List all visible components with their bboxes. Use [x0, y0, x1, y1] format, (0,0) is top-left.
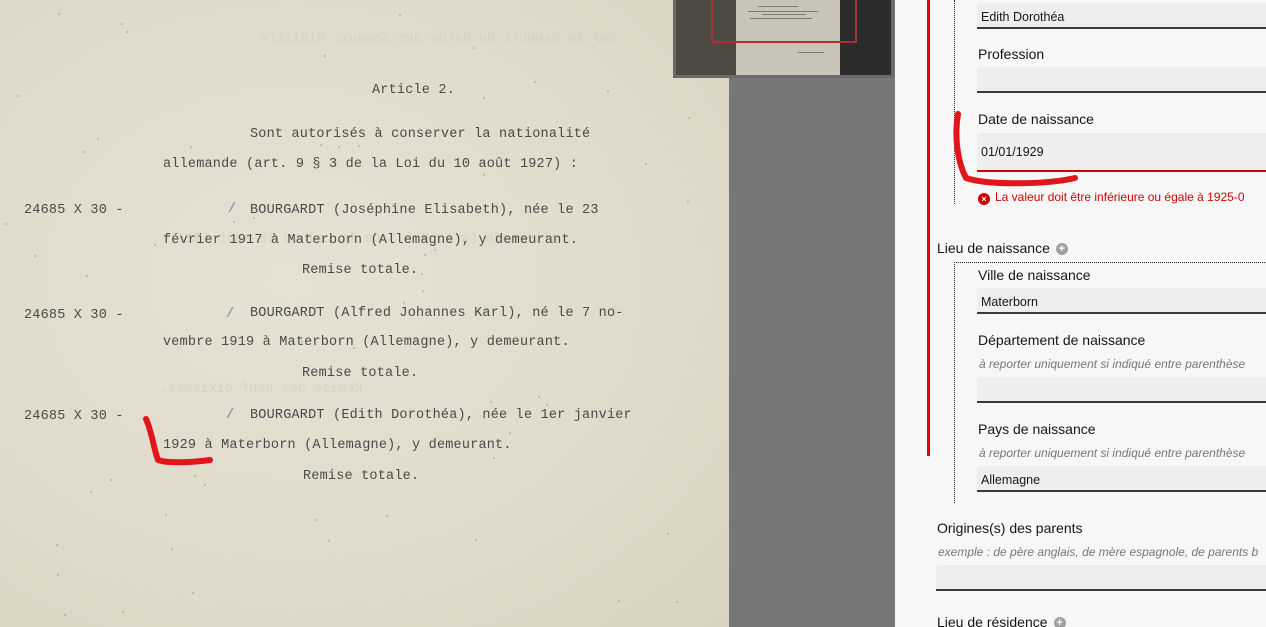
active-section-indicator	[927, 0, 930, 456]
error-x-icon: ×	[978, 193, 990, 205]
pays-naissance-label: Pays de naissance	[978, 421, 1096, 437]
origines-parents-input[interactable]	[936, 565, 1266, 591]
paper-speck	[86, 275, 88, 277]
pays-naissance-input[interactable]	[977, 466, 1266, 492]
paper-speck	[393, 204, 395, 206]
paper-speck	[421, 273, 423, 275]
entry-line-2: vembre 1919 à Materborn (Allemagne), y d…	[163, 335, 570, 350]
paper-speck	[58, 13, 60, 15]
paper-speck	[5, 223, 7, 225]
show-through-text: Remise des neuf dixièmes.	[160, 382, 363, 397]
paper-speck	[192, 592, 194, 594]
lieu-naissance-label: Lieu de naissance+	[937, 240, 1068, 256]
profession-label: Profession	[978, 46, 1044, 62]
paper-speck	[509, 432, 511, 434]
paper-speck	[667, 533, 669, 535]
paper-speck	[190, 146, 192, 148]
paper-speck	[57, 574, 59, 576]
paper-speck	[358, 145, 360, 147]
entry-ref: 24685 X 30 -	[24, 409, 124, 424]
red-annotation-mark	[140, 412, 220, 472]
paper-speck	[171, 548, 173, 550]
paper-speck	[676, 601, 678, 603]
pencil-check-mark: /	[228, 202, 236, 217]
lieu-residence-label-text: Lieu de résidence	[937, 614, 1048, 627]
paper-speck	[618, 600, 620, 602]
entry-remark: Remise totale.	[302, 263, 418, 278]
paper-speck	[538, 396, 540, 398]
paper-speck	[493, 457, 495, 459]
plus-circle-icon[interactable]: +	[1056, 243, 1068, 255]
departement-naissance-hint: à reporter uniquement si indiqué entre p…	[979, 357, 1245, 371]
paper-speck	[399, 14, 401, 16]
intro-line-1: Sont autorisés à conserver la nationalit…	[250, 127, 590, 142]
departement-naissance-input[interactable]	[977, 377, 1266, 403]
paper-speck	[688, 117, 690, 119]
paper-speck	[154, 244, 156, 246]
paper-speck	[121, 23, 123, 25]
lieu-residence-label: Lieu de résidence+	[937, 614, 1066, 627]
paper-speck	[386, 515, 388, 517]
document-image-viewer[interactable]: Sur le Rapport du Garde des Sceaux, Mini…	[0, 0, 895, 627]
paper-speck	[301, 341, 303, 343]
paper-speck	[17, 95, 19, 97]
paper-speck	[546, 404, 548, 406]
origines-parents-label: Origines(s) des parents	[937, 520, 1083, 536]
paper-speck	[194, 475, 196, 477]
paper-speck	[233, 221, 235, 223]
paper-speck	[319, 313, 321, 315]
error-text: La valeur doit être inférieure ou égale …	[995, 190, 1245, 204]
paper-speck	[473, 47, 475, 49]
paper-speck	[253, 217, 255, 219]
entry-line-1: BOURGARDT (Joséphine Elisabeth), née le …	[250, 203, 599, 218]
paper-speck	[645, 163, 647, 165]
paper-speck	[320, 144, 322, 146]
paper-speck	[110, 479, 112, 481]
ville-naissance-input[interactable]	[977, 288, 1266, 314]
paper-speck	[324, 55, 326, 57]
paper-speck	[34, 255, 36, 257]
lieu-naissance-label-text: Lieu de naissance	[937, 240, 1050, 256]
pencil-check-mark: /	[226, 408, 234, 423]
minimap-navigator[interactable]	[673, 0, 894, 78]
entry-ref: 24685 X 30 -	[24, 308, 124, 323]
paper-speck	[490, 401, 492, 403]
scanned-document-page[interactable]: Sur le Rapport du Garde des Sceaux, Mini…	[0, 0, 729, 627]
paper-speck	[353, 347, 355, 349]
paper-speck	[315, 519, 317, 521]
entry-remark: Remise totale.	[303, 469, 419, 484]
entry-line-1: BOURGARDT (Edith Dorothéa), née le 1er j…	[250, 408, 632, 423]
red-annotation-mark	[950, 108, 1085, 190]
paper-speck	[90, 491, 92, 493]
paper-speck	[434, 249, 436, 251]
intro-line-2: allemande (art. 9 § 3 de la Loi du 10 ao…	[163, 157, 578, 172]
paper-speck	[122, 611, 124, 613]
paper-speck	[328, 540, 330, 542]
paper-speck	[83, 151, 85, 153]
paper-speck	[64, 614, 66, 616]
paper-speck	[424, 254, 426, 256]
paper-speck	[165, 514, 167, 516]
date-naissance-error: ×La valeur doit être inférieure ou égale…	[978, 190, 1245, 205]
paper-speck	[338, 146, 340, 148]
plus-circle-icon[interactable]: +	[1054, 617, 1066, 627]
paper-speck	[324, 272, 326, 274]
entry-line-2: février 1917 à Materborn (Allemagne), y …	[163, 233, 578, 248]
transcription-form: Profession Date de naissance ×La valeur …	[895, 0, 1266, 627]
departement-naissance-label: Département de naissance	[978, 332, 1145, 348]
entry-ref: 24685 X 30 -	[24, 203, 124, 218]
pays-naissance-hint: à reporter uniquement si indiqué entre p…	[979, 446, 1245, 460]
entry-line-1: BOURGARDT (Alfred Johannes Karl), né le …	[250, 306, 624, 321]
paper-speck	[56, 544, 58, 546]
paper-speck	[126, 31, 128, 33]
entry-remark: Remise totale.	[302, 366, 418, 381]
profession-input[interactable]	[977, 67, 1266, 93]
article-heading: Article 2.	[372, 83, 455, 98]
ville-naissance-label: Ville de naissance	[978, 267, 1091, 283]
paper-speck	[483, 174, 485, 176]
paper-speck	[422, 290, 424, 292]
paper-speck	[475, 539, 477, 541]
pencil-check-mark: /	[226, 307, 234, 322]
paper-speck	[315, 307, 317, 309]
show-through-text: Sur le Rapport du Garde des Sceaux, Mini…	[260, 32, 616, 47]
paper-speck	[483, 97, 485, 99]
paper-speck	[204, 484, 206, 486]
paper-speck	[403, 302, 405, 304]
origines-parents-hint: exemple : de père anglais, de mère espag…	[938, 545, 1258, 559]
minimap-viewport-frame[interactable]	[711, 0, 857, 43]
paper-speck	[607, 90, 609, 92]
paper-speck	[687, 201, 689, 203]
prenoms-input[interactable]	[977, 3, 1266, 29]
paper-speck	[97, 138, 99, 140]
paper-speck	[534, 81, 536, 83]
